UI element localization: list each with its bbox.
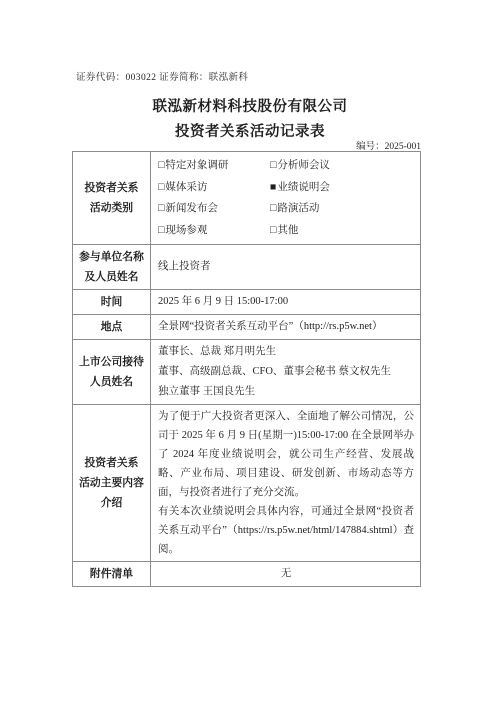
- checkbox-option-media-interview: □媒体采访: [158, 177, 270, 199]
- checkbox-grid: □特定对象调研 □分析师会议 □媒体采访 ■业绩说明会 □新闻发布会 □路演活动…: [158, 154, 414, 242]
- checkbox-option-site-visit: □现场参观: [158, 220, 270, 242]
- label-line: 上市公司接待: [74, 352, 149, 372]
- row-attachments: 附件清单 无: [73, 562, 421, 587]
- host-line: 董事、高级副总裁、CFO、董事会秘书 蔡文权先生: [158, 362, 414, 382]
- checkbox-option-roadshow: □路演活动: [270, 198, 414, 220]
- content-paragraph: 为了便于广大投资者更深入、全面地了解公司情况，公司于 2025 年 6 月 9 …: [158, 407, 414, 502]
- label-line: 活动类别: [74, 198, 149, 218]
- checkbox-icon: □: [270, 160, 276, 171]
- checkbox-label: 业绩说明会: [277, 182, 330, 193]
- host-line: 董事长、总裁 郑月明先生: [158, 342, 414, 362]
- location-label: 地点: [73, 315, 151, 340]
- checkbox-label: 其他: [277, 225, 298, 236]
- activity-type-label: 投资者关系 活动类别: [73, 152, 151, 245]
- checkbox-option-survey: □特定对象调研: [158, 155, 270, 177]
- time-label: 时间: [73, 290, 151, 315]
- row-hosts: 上市公司接待 人员姓名 董事长、总裁 郑月明先生 董事、高级副总裁、CFO、董事…: [73, 340, 421, 405]
- content-paragraph: 有关本次业绩说明会具体内容，可通过全景网“投资者关系互动平台”（https://…: [158, 502, 414, 559]
- checkbox-checked-icon: ■: [270, 182, 276, 193]
- label-line: 参与单位名称: [74, 247, 149, 267]
- label-line: 投资者关系: [74, 453, 149, 473]
- checkbox-icon: □: [158, 182, 164, 193]
- participants-label: 参与单位名称 及人员姓名: [73, 245, 151, 290]
- checkbox-option-press-conference: □新闻发布会: [158, 198, 270, 220]
- row-time: 时间 2025 年 6 月 9 日 15:00-17:00: [73, 290, 421, 315]
- content-value: 为了便于广大投资者更深入、全面地了解公司情况，公司于 2025 年 6 月 9 …: [151, 405, 421, 562]
- checkbox-icon: □: [158, 203, 164, 214]
- checkbox-option-other: □其他: [270, 220, 414, 242]
- stock-code-line: 证券代码：003022 证券简称：联泓新科: [76, 69, 248, 83]
- label-line: 及人员姓名: [74, 267, 149, 287]
- checkbox-label: 分析师会议: [277, 160, 330, 171]
- label-line: 投资者关系: [74, 178, 149, 198]
- document-title: 投资者关系活动记录表: [0, 120, 500, 141]
- label-line: 介绍: [74, 493, 149, 513]
- attachments-label: 附件清单: [73, 562, 151, 587]
- checkbox-option-analyst-meeting: □分析师会议: [270, 155, 414, 177]
- checkbox-label: 现场参观: [165, 225, 207, 236]
- host-line: 独立董事 王国良先生: [158, 382, 414, 402]
- participants-value: 线上投资者: [151, 245, 421, 290]
- checkbox-icon: □: [158, 160, 164, 171]
- label-line: 人员姓名: [74, 372, 149, 392]
- checkbox-icon: □: [270, 225, 276, 236]
- record-table: 投资者关系 活动类别 □特定对象调研 □分析师会议 □媒体采访 ■业绩说明会 □…: [72, 151, 421, 587]
- checkbox-label: 特定对象调研: [165, 160, 228, 171]
- document-page: 证券代码：003022 证券简称：联泓新科 联泓新材料科技股份有限公司 投资者关…: [0, 0, 500, 707]
- row-participants: 参与单位名称 及人员姓名 线上投资者: [73, 245, 421, 290]
- checkbox-label: 新闻发布会: [165, 203, 218, 214]
- checkbox-label: 媒体采访: [165, 182, 207, 193]
- hosts-label: 上市公司接待 人员姓名: [73, 340, 151, 405]
- checkbox-icon: □: [158, 225, 164, 236]
- checkbox-label: 路演活动: [277, 203, 319, 214]
- location-value: 全景网“投资者关系互动平台”（http://rs.p5w.net）: [151, 315, 421, 340]
- row-content: 投资者关系 活动主要内容 介绍 为了便于广大投资者更深入、全面地了解公司情况，公…: [73, 405, 421, 562]
- row-location: 地点 全景网“投资者关系互动平台”（http://rs.p5w.net）: [73, 315, 421, 340]
- company-name: 联泓新材料科技股份有限公司: [0, 95, 500, 116]
- row-activity-type: 投资者关系 活动类别 □特定对象调研 □分析师会议 □媒体采访 ■业绩说明会 □…: [73, 152, 421, 245]
- activity-type-options: □特定对象调研 □分析师会议 □媒体采访 ■业绩说明会 □新闻发布会 □路演活动…: [151, 152, 421, 245]
- checkbox-option-results-briefing: ■业绩说明会: [270, 177, 414, 199]
- content-label: 投资者关系 活动主要内容 介绍: [73, 405, 151, 562]
- label-line: 活动主要内容: [74, 473, 149, 493]
- document-number: 编号：2025-001: [356, 138, 421, 152]
- time-value: 2025 年 6 月 9 日 15:00-17:00: [151, 290, 421, 315]
- checkbox-icon: □: [270, 203, 276, 214]
- attachments-value: 无: [151, 562, 421, 587]
- hosts-value: 董事长、总裁 郑月明先生 董事、高级副总裁、CFO、董事会秘书 蔡文权先生 独立…: [151, 340, 421, 405]
